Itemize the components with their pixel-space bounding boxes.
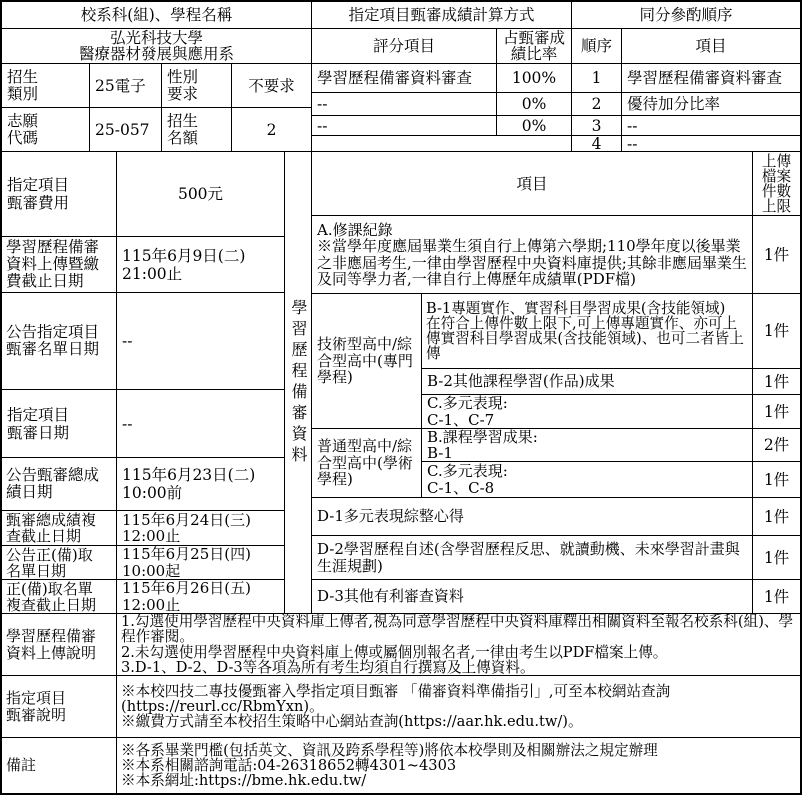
upload-note-text: 1.勾選使用學習歷程中央資料庫上傳者,視為同意學習歷程中央資料庫釋出相關資料至報…	[117, 614, 800, 676]
portfolio-item-limit: 1件	[753, 395, 800, 429]
schedule-row: 公告甄審總成 績日期 115年6月23日(二) 10:00前	[2, 458, 285, 511]
portfolio-row-a: A.修課紀錄 ※當學年度應屆畢業生須自行上傳第六學期;110學年度以後畢業之非應…	[312, 216, 800, 294]
portfolio-row-b1: B-1專題實作、實習科目學習成果(含技能領域) 在符合上傳件數上限下,可上傳專題…	[422, 294, 800, 369]
tiebreak-item: 學習歷程備審資料審查	[622, 64, 800, 93]
schedule-row: 公告指定項目 甄審名單日期 --	[2, 293, 285, 390]
tiebreak-order: 1	[572, 64, 622, 93]
admission-detail-sheet: 校系科(組)、學程名稱 弘光科技大學 醫療器材發展與應用系 招生 類別 25電子…	[0, 0, 802, 795]
portfolio-table: 項目 上傳 檔案 件數 上限 A.修課紀錄 ※當學年度應屆畢業生須自行上傳第六學…	[312, 152, 800, 614]
admission-category-row: 招生 類別 25電子 性別 要求 不要求	[2, 64, 312, 108]
tiebreak-row: 1 學習歷程備審資料審查	[572, 64, 800, 93]
scoring-row: 學習歷程備審資料審查 100%	[312, 64, 572, 93]
remarks-label: 備註	[2, 738, 117, 793]
top-block: 校系科(組)、學程名稱 弘光科技大學 醫療器材發展與應用系 招生 類別 25電子…	[2, 2, 800, 152]
choice-code-label: 志願 代碼	[2, 108, 90, 152]
scoring-col-item: 評分項目	[312, 29, 497, 64]
schedule-label: 學習歷程備審 資料上傳暨繳 費截止日期	[2, 237, 117, 293]
schedule-row: 正(備)取名單 複查截止日期 115年6月26日(五) 12:00止	[2, 580, 285, 614]
tiebreak-row: 2 優待加分比率	[572, 93, 800, 116]
schedule-label: 公告指定項目 甄審名單日期	[2, 293, 117, 390]
tiebreak-order: 3	[572, 116, 622, 136]
portfolio-row-c8: C.多元表現: C-1、C-8 1件	[422, 462, 800, 498]
choice-code-row: 志願 代碼 25-057 招生 名額 2	[2, 108, 312, 152]
portfolio-item-limit: 1件	[753, 294, 800, 369]
school-program-table: 校系科(組)、學程名稱 弘光科技大學 醫療器材發展與應用系 招生 類別 25電子…	[2, 2, 312, 152]
schedule-value: 115年6月9日(二) 21:00止	[117, 237, 285, 293]
portfolio-item-limit: 1件	[753, 216, 800, 294]
scoring-empty-cell	[312, 136, 572, 152]
tiebreak-row: 3 --	[572, 116, 800, 136]
quota-value: 2	[232, 108, 312, 152]
scoring-ratio: 0%	[497, 93, 572, 116]
schedule-table: 指定項目 甄審費用 500元 學習歷程備審 資料上傳暨繳 費截止日期 115年6…	[2, 152, 285, 614]
schedule-row: 公告正(備)取 名單日期 115年6月25日(四) 10:00起	[2, 546, 285, 580]
upload-note-row: 學習歷程備審 資料上傳說明 1.勾選使用學習歷程中央資料庫上傳者,視為同意學習歷…	[2, 614, 800, 676]
schedule-label: 公告甄審總成 績日期	[2, 458, 117, 511]
schedule-value: 115年6月24日(三) 12:00止	[117, 511, 285, 546]
upload-note-label: 學習歷程備審 資料上傳說明	[2, 614, 117, 676]
scoring-item: 學習歷程備審資料審查	[312, 64, 497, 93]
notes-block: 學習歷程備審 資料上傳說明 1.勾選使用學習歷程中央資料庫上傳者,視為同意學習歷…	[2, 614, 800, 793]
scoring-ratio: 100%	[497, 64, 572, 93]
schedule-value: 500元	[117, 152, 285, 237]
quota-label: 招生 名額	[162, 108, 232, 152]
admission-category-value: 25電子	[90, 64, 162, 108]
portfolio-item-text: C.多元表現: C-1、C-8	[422, 462, 753, 498]
schedule-value: --	[117, 293, 285, 390]
tiebreak-row: 4 --	[572, 136, 800, 152]
tiebreak-item: 優待加分比率	[622, 93, 800, 116]
portfolio-strip-label: 學習歷程備審資料	[285, 152, 312, 614]
scoring-col-ratio: 占甄審成 績比率	[497, 29, 572, 64]
portfolio-item-text: A.修課紀錄 ※當學年度應屆畢業生須自行上傳第六學期;110學年度以後畢業之非應…	[312, 216, 753, 294]
portfolio-item-limit: 1件	[753, 536, 800, 580]
schedule-row: 學習歷程備審 資料上傳暨繳 費截止日期 115年6月9日(二) 21:00止	[2, 237, 285, 293]
schedule-value: --	[117, 390, 285, 458]
schedule-label: 公告正(備)取 名單日期	[2, 546, 117, 580]
portfolio-item-text: C.多元表現: C-1、C-7	[422, 395, 753, 429]
remarks-row: 備註 ※各系畢業門檻(包括英文、資訊及跨系學程等)將依本校學則及相關辦法之規定辦…	[2, 738, 800, 793]
portfolio-item-limit: 1件	[753, 580, 800, 614]
tiebreak-title: 同分參酌順序	[572, 2, 800, 29]
scoring-title: 指定項目甄審成績計算方式	[312, 2, 572, 29]
tiebreak-item: --	[622, 116, 800, 136]
schedule-value: 115年6月23日(二) 10:00前	[117, 458, 285, 511]
gender-req-value: 不要求	[232, 64, 312, 108]
scoring-row: -- 0%	[312, 93, 572, 116]
choice-code-value: 25-057	[90, 108, 162, 152]
tiebreak-table: 同分參酌順序 順序 項目 1 學習歷程備審資料審查 2 優待加分比率 3 -- …	[572, 2, 800, 152]
portfolio-item-text: B-2其他課程學習(作品)成果	[422, 369, 753, 395]
review-note-row: 指定項目 甄審說明 ※本校四技二專技優甄審入學指定項目甄審 「備審資料準備指引」…	[2, 676, 800, 738]
scoring-ratio: 0%	[497, 116, 572, 136]
review-note-text: ※本校四技二專技優甄審入學指定項目甄審 「備審資料準備指引」,可至本校網站查詢 …	[117, 676, 800, 738]
schedule-row: 指定項目 甄審日期 --	[2, 390, 285, 458]
portfolio-col-item: 項目	[312, 152, 753, 216]
remarks-text: ※各系畢業門檻(包括英文、資訊及跨系學程等)將依本校學則及相關辦法之規定辦理 ※…	[117, 738, 800, 793]
portfolio-item-limit: 2件	[753, 429, 800, 462]
scoring-row: -- 0%	[312, 116, 572, 136]
portfolio-row-d3: D-3其他有利審查資料 1件	[312, 580, 800, 614]
tiebreak-item: --	[622, 136, 800, 152]
portfolio-group-label: 普通型高中/綜合型高中(學術學程)	[312, 429, 422, 498]
portfolio-row-c7: C.多元表現: C-1、C-7 1件	[422, 395, 800, 429]
portfolio-item-text: D-1多元表現綜整心得	[312, 498, 753, 536]
portfolio-group-label: 技術型高中/綜合型高中(專門學程)	[312, 294, 422, 429]
portfolio-item-text: B.課程學習成果: B-1	[422, 429, 753, 462]
portfolio-item-text: D-2學習歷程自述(含學習歷程反思、就讀動機、未來學習計畫與生涯規劃)	[312, 536, 753, 580]
portfolio-row-b: B.課程學習成果: B-1 2件	[422, 429, 800, 462]
schedule-row: 甄審總成績複 查截止日期 115年6月24日(三) 12:00止	[2, 511, 285, 546]
portfolio-group-tech: 技術型高中/綜合型高中(專門學程) B-1專題實作、實習科目學習成果(含技能領域…	[312, 294, 800, 429]
school-program-header: 校系科(組)、學程名稱	[2, 2, 312, 29]
middle-block: 指定項目 甄審費用 500元 學習歷程備審 資料上傳暨繳 費截止日期 115年6…	[2, 152, 800, 614]
schedule-label: 指定項目 甄審費用	[2, 152, 117, 237]
portfolio-row-d2: D-2學習歷程自述(含學習歷程反思、就讀動機、未來學習計畫與生涯規劃) 1件	[312, 536, 800, 580]
portfolio-row-d1: D-1多元表現綜整心得 1件	[312, 498, 800, 536]
portfolio-item-limit: 1件	[753, 498, 800, 536]
schedule-value: 115年6月25日(四) 10:00起	[117, 546, 285, 580]
admission-category-label: 招生 類別	[2, 64, 90, 108]
portfolio-item-limit: 1件	[753, 462, 800, 498]
tiebreak-order: 4	[572, 136, 622, 152]
tiebreak-order: 2	[572, 93, 622, 116]
schedule-label: 甄審總成績複 查截止日期	[2, 511, 117, 546]
schedule-row: 指定項目 甄審費用 500元	[2, 152, 285, 237]
schedule-label: 指定項目 甄審日期	[2, 390, 117, 458]
portfolio-row-b2: B-2其他課程學習(作品)成果 1件	[422, 369, 800, 395]
portfolio-group-general: 普通型高中/綜合型高中(學術學程) B.課程學習成果: B-1 2件 C.多元表…	[312, 429, 800, 498]
portfolio-item-text: D-3其他有利審查資料	[312, 580, 753, 614]
scoring-item: --	[312, 93, 497, 116]
school-name: 弘光科技大學 醫療器材發展與應用系	[2, 29, 312, 64]
tiebreak-col-order: 順序	[572, 29, 622, 64]
tiebreak-col-item: 項目	[622, 29, 800, 64]
schedule-label: 正(備)取名單 複查截止日期	[2, 580, 117, 614]
portfolio-col-limit: 上傳 檔案 件數 上限	[753, 152, 800, 216]
scoring-item: --	[312, 116, 497, 136]
scoring-table: 指定項目甄審成績計算方式 評分項目 占甄審成 績比率 學習歷程備審資料審查 10…	[312, 2, 572, 152]
review-note-label: 指定項目 甄審說明	[2, 676, 117, 738]
gender-req-label: 性別 要求	[162, 64, 232, 108]
portfolio-item-text: B-1專題實作、實習科目學習成果(含技能領域) 在符合上傳件數上限下,可上傳專題…	[422, 294, 753, 369]
schedule-value: 115年6月26日(五) 12:00止	[117, 580, 285, 614]
portfolio-item-limit: 1件	[753, 369, 800, 395]
